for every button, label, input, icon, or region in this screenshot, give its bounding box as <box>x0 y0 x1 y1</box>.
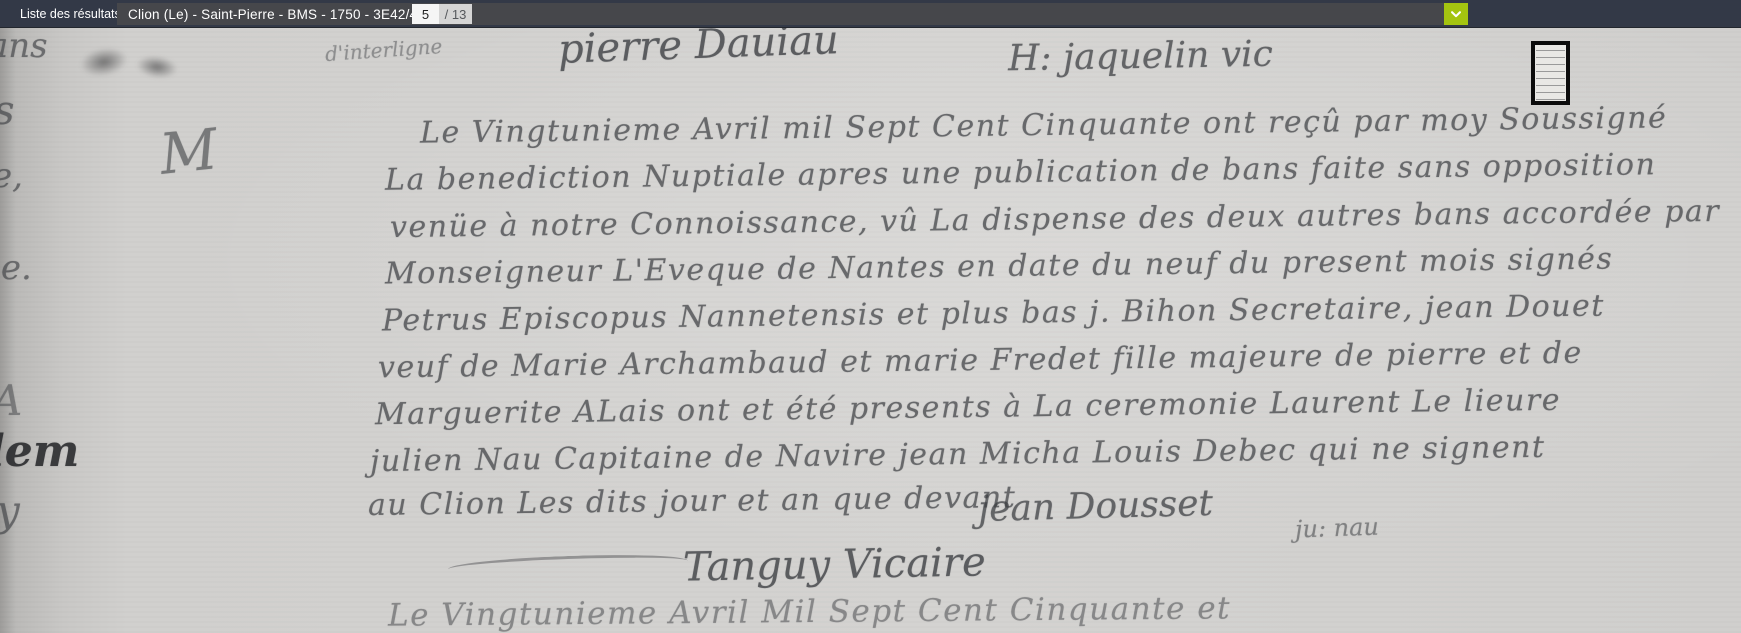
act-text-line: Monseigneur L'Eveque de Nantes en date d… <box>385 241 1614 291</box>
act-text-line: La benediction Nuptiale apres une public… <box>385 147 1657 198</box>
act-text-line: Marguerite ALais ont et été presents à L… <box>375 383 1561 432</box>
scanned-register-page: ans s e, ie. A lem y d'interligne pierre… <box>0 28 1741 633</box>
signature-jean-dousset: jean Dousset <box>978 483 1214 530</box>
margin-text-fragment: lem <box>0 426 79 477</box>
act-text-line: au Clion Les dits jour et an que devant <box>368 480 1017 523</box>
signature-flourish <box>448 552 688 578</box>
minimap-page-preview <box>1536 46 1565 100</box>
signature-witness: ju: nau <box>1295 513 1380 544</box>
previous-act-name: pierre Dauiau <box>557 28 839 73</box>
margin-text-fragment: y <box>0 486 20 535</box>
result-select-dropdown-button[interactable] <box>1444 3 1468 25</box>
page-number-input[interactable] <box>412 4 439 24</box>
margin-text-fragment: s <box>0 88 15 134</box>
margin-text-fragment: e, <box>0 156 23 196</box>
chevron-down-icon <box>1449 7 1463 21</box>
margin-text-fragment: ans <box>0 28 48 66</box>
marriage-margin-mark: M <box>157 117 221 188</box>
next-act-text-line: Le Vingtunieme Avril Mil Sept Cent Cinqu… <box>388 590 1231 633</box>
act-text-line: Le Vingtunieme Avril mil Sept Cent Cinqu… <box>420 100 1668 150</box>
results-list-label: Liste des résultats : <box>20 7 128 21</box>
previous-act-signature: H: jaquelin vic <box>1008 34 1273 80</box>
document-viewer[interactable]: ans s e, ie. A lem y d'interligne pierre… <box>0 28 1741 633</box>
results-toolbar: Liste des résultats : Clion (Le) - Saint… <box>0 0 1741 28</box>
ink-smudge <box>78 44 130 80</box>
act-text-line: venüe à notre Connoissance, vû La dispen… <box>390 194 1721 245</box>
page-minimap-thumbnail[interactable] <box>1531 41 1570 105</box>
act-text-line: veuf de Marie Archambaud et marie Fredet… <box>378 336 1583 386</box>
selected-result-title: Clion (Le) - Saint-Pierre - BMS - 1750 -… <box>128 7 417 22</box>
ink-smudge <box>135 53 180 81</box>
margin-text-fragment: ie. <box>0 248 32 288</box>
archive-viewer-app: Liste des résultats : Clion (Le) - Saint… <box>0 0 1741 633</box>
act-text-line: julien Nau Capitaine de Navire jean Mich… <box>370 430 1546 479</box>
interline-note: d'interligne <box>324 34 443 66</box>
signature-vicar: Tanguy Vicaire <box>683 539 986 590</box>
page-total-label: / 13 <box>439 4 472 24</box>
margin-text-fragment: A <box>0 376 22 425</box>
page-indicator: / 13 <box>412 4 472 24</box>
act-text-line: Petrus Episcopus Nannetensis et plus bas… <box>382 289 1605 339</box>
result-select[interactable]: Clion (Le) - Saint-Pierre - BMS - 1750 -… <box>117 3 1468 25</box>
